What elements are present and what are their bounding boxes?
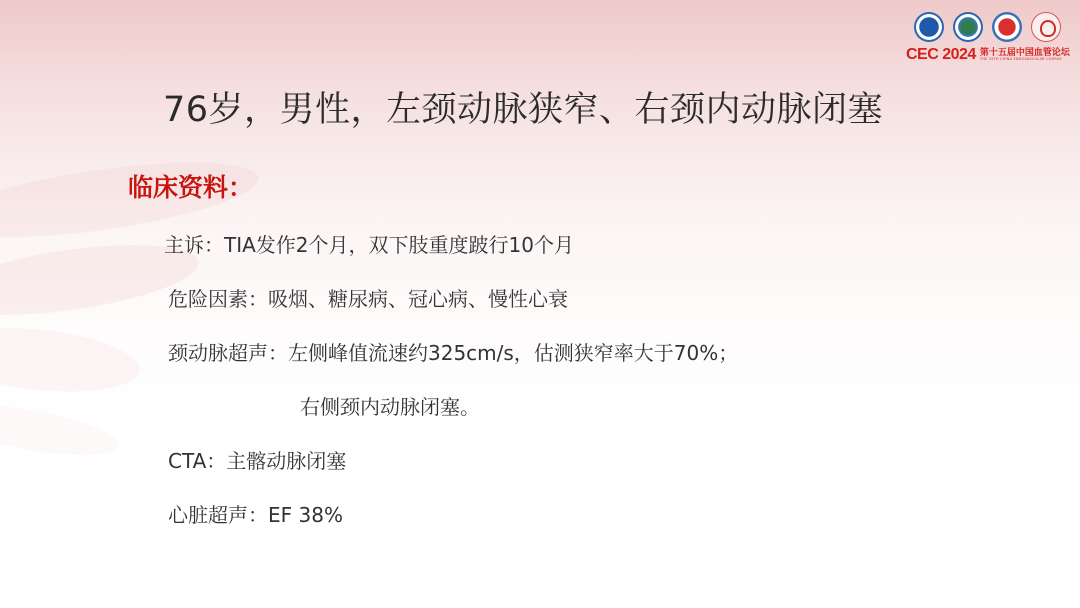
conference-brand: CEC 2024 第十五届中国血管论坛 THE 15TH CHINA ENDOV…: [906, 46, 1066, 64]
conference-subtitle: 第十五届中国血管论坛 THE 15TH CHINA ENDOVASCULAR C…: [980, 49, 1070, 62]
society-logo-1-icon: [914, 12, 944, 42]
chief-complaint: 主诉：TIA发作2个月，双下肢重度跛行10个月: [164, 229, 574, 258]
conference-name-en: THE 15TH CHINA ENDOVASCULAR COURSE: [980, 58, 1070, 62]
risk-factors: 危险因素：吸烟、糖尿病、冠心病、慢性心衰: [168, 283, 568, 312]
carotid-ultrasound: 颈动脉超声：左侧峰值流速约325cm/s，估测狭窄率大于70%；: [168, 337, 738, 366]
background-swoosh: [0, 395, 122, 466]
conference-logo-area: CEC 2024 第十五届中国血管论坛 THE 15TH CHINA ENDOV…: [906, 12, 1066, 68]
slide-title: 76岁，男性，左颈动脉狭窄、右颈内动脉闭塞: [163, 82, 883, 132]
society-logo-2-icon: [953, 12, 983, 42]
society-logo-3-icon: [992, 12, 1022, 42]
background-swoosh: [0, 320, 143, 401]
cta-finding: CTA：主髂动脉闭塞: [168, 445, 346, 474]
section-heading: 临床资料：: [128, 168, 253, 204]
society-logos: [906, 12, 1066, 42]
carotid-ultrasound-continued: 右侧颈内动脉闭塞。: [300, 391, 480, 420]
lotus-logo-icon: [1031, 12, 1061, 42]
conference-label: CEC 2024: [906, 46, 976, 64]
echocardiogram: 心脏超声：EF 38%: [168, 499, 343, 528]
